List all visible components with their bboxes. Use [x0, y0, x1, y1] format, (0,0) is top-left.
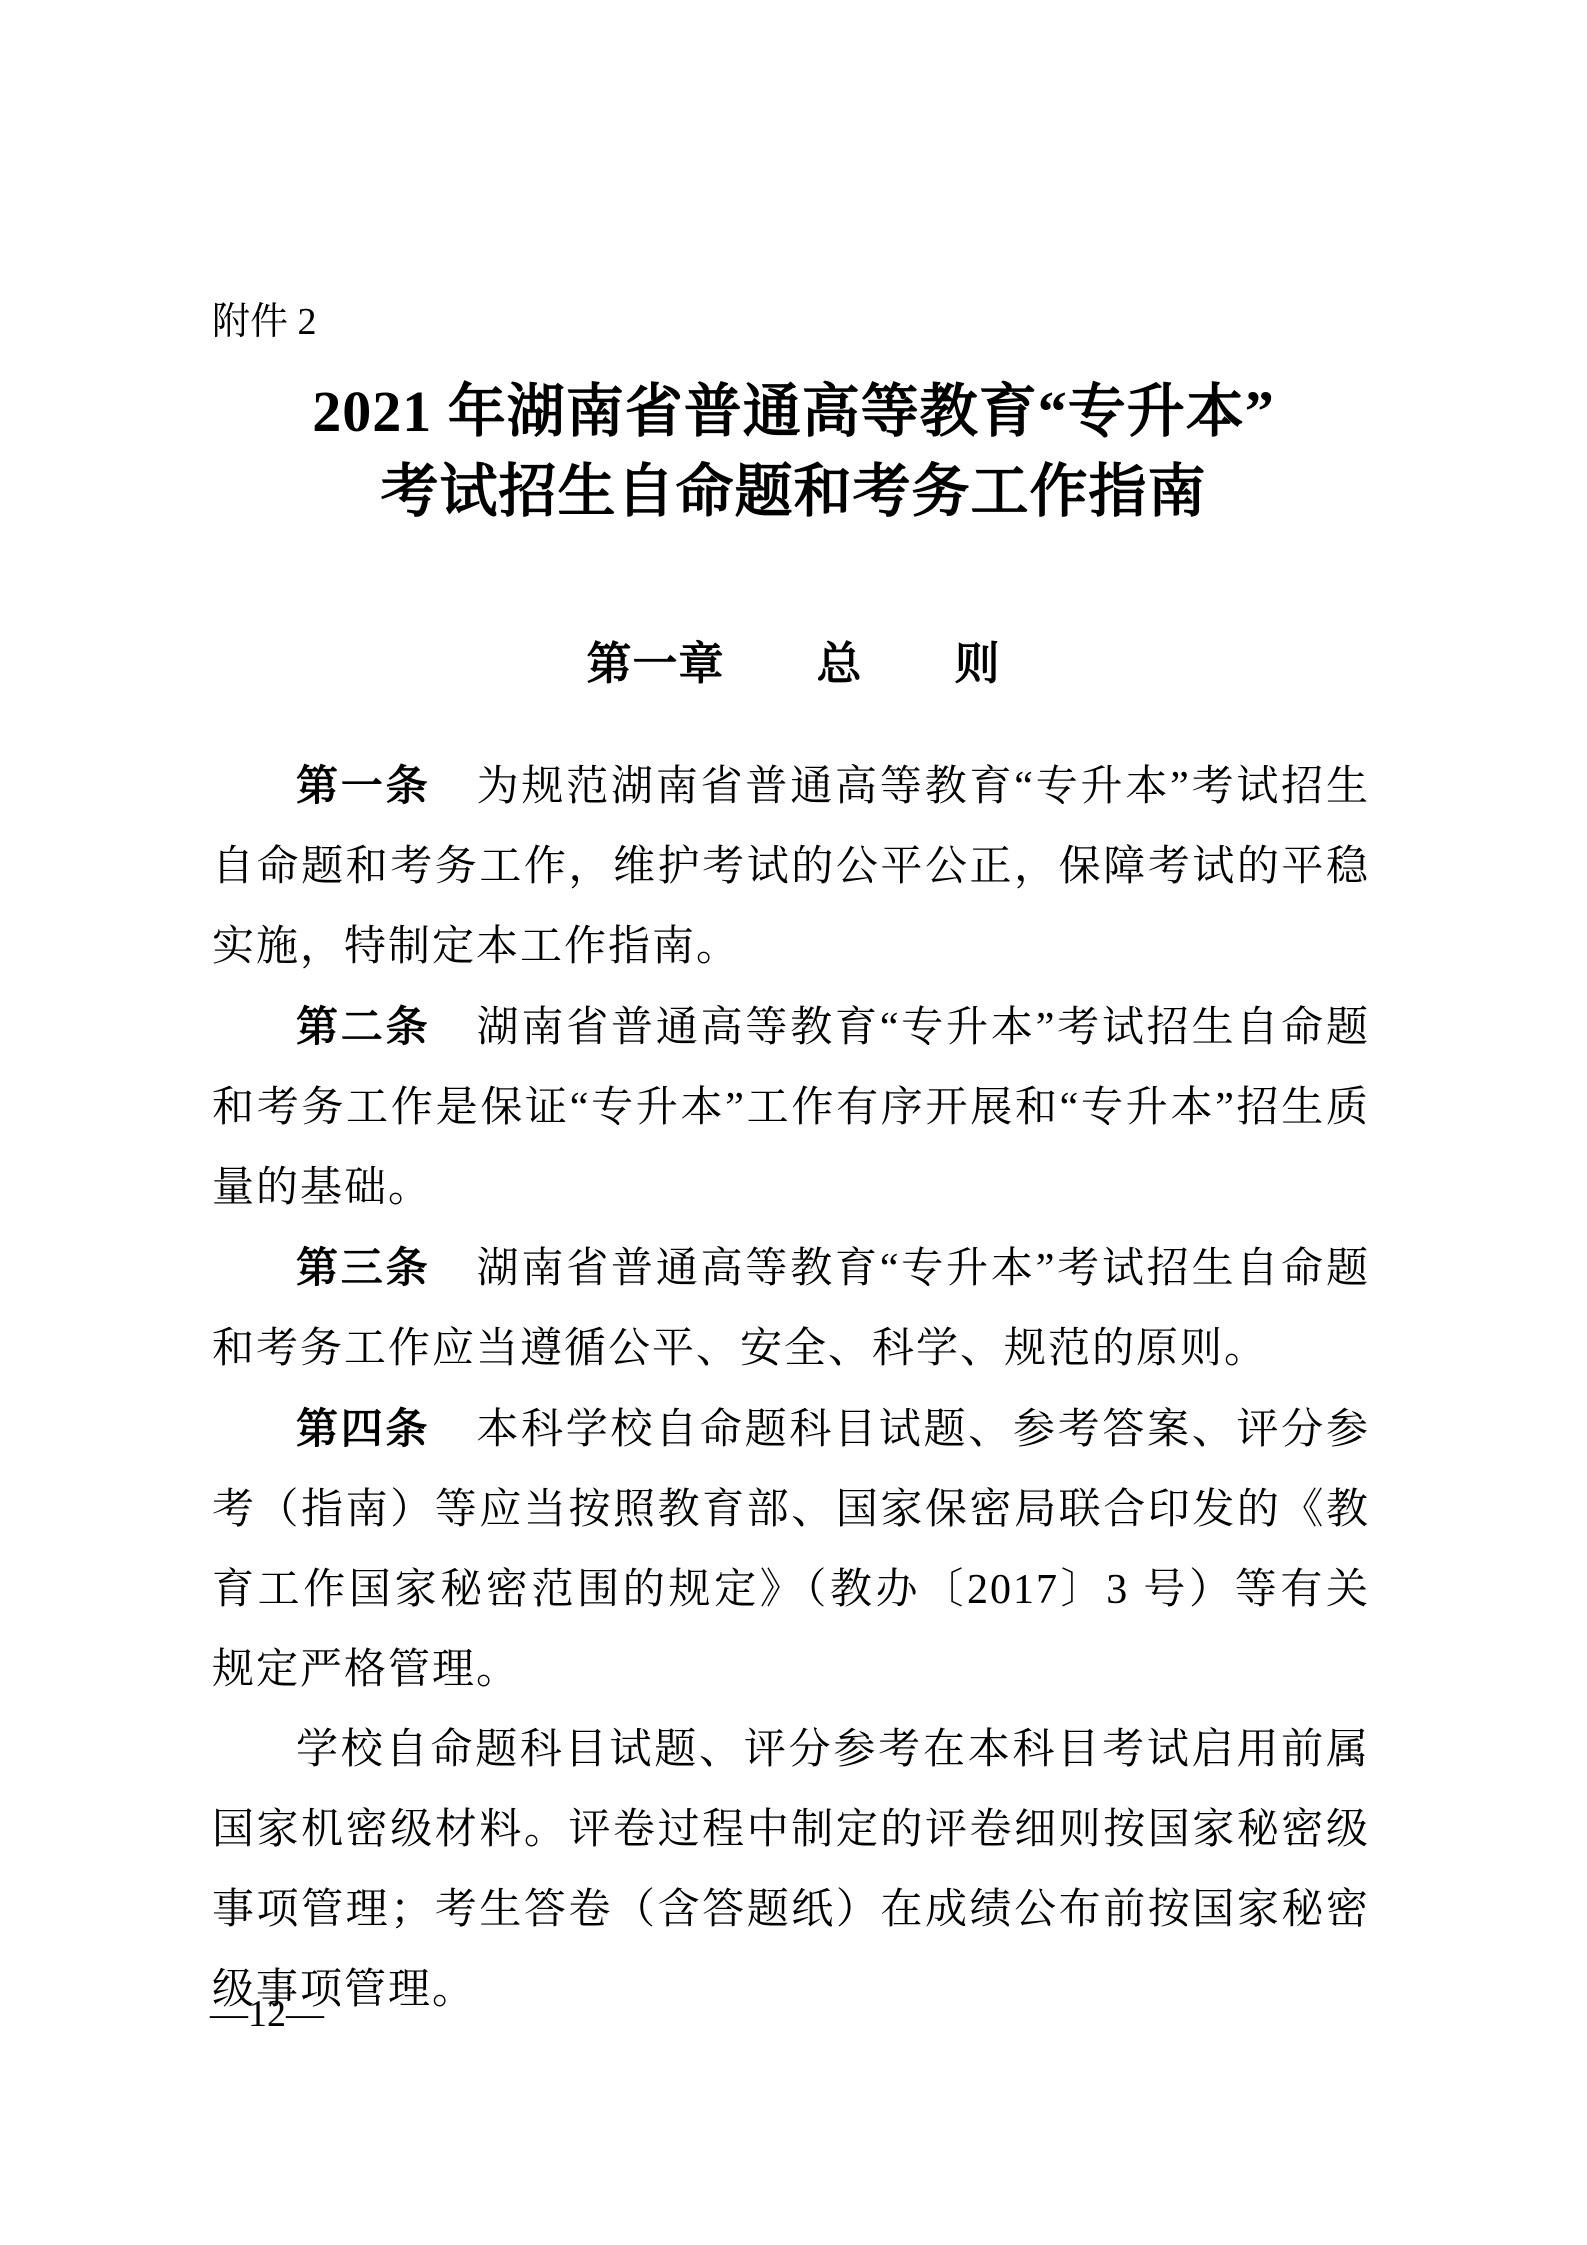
chapter-heading: 第一章 总 则 [0, 628, 1587, 700]
article-3-label: 第三条 [296, 1244, 430, 1291]
article-4-continuation-text: 学校自命题科目试题、评分参考在本科目考试启用前属国家机密级材料。评卷过程中制定的… [212, 1727, 1370, 2013]
article-4-label: 第四条 [296, 1405, 430, 1452]
document-page: 附件 2 2021 年湖南省普通高等教育“专升本” 考试招生自命题和考务工作指南… [0, 0, 1587, 2245]
document-title: 2021 年湖南省普通高等教育“专升本” 考试招生自命题和考务工作指南 [0, 372, 1587, 532]
document-title-line-2: 考试招生自命题和考务工作指南 [0, 452, 1587, 532]
page-number: —12— [210, 1990, 324, 2038]
document-title-line-1: 2021 年湖南省普通高等教育“专升本” [0, 372, 1587, 452]
paragraph-article-3: 第三条湖南省普通高等教育“专升本”考试招生自命题和考务工作应当遵循公平、安全、科… [212, 1228, 1370, 1389]
attachment-label: 附件 2 [212, 298, 317, 346]
paragraph-article-4: 第四条本科学校自命题科目试题、参考答案、评分参考（指南）等应当按照教育部、国家保… [212, 1389, 1370, 1710]
article-2-label: 第二条 [296, 1003, 430, 1050]
paragraph-article-4-continuation: 学校自命题科目试题、评分参考在本科目考试启用前属国家机密级材料。评卷过程中制定的… [212, 1710, 1370, 2030]
article-1-label: 第一条 [296, 762, 430, 809]
paragraph-article-1: 第一条为规范湖南省普通高等教育“专升本”考试招生自命题和考务工作，维护考试的公平… [212, 746, 1370, 987]
paragraph-article-2: 第二条湖南省普通高等教育“专升本”考试招生自命题和考务工作是保证“专升本”工作有… [212, 987, 1370, 1228]
document-body: 第一条为规范湖南省普通高等教育“专升本”考试招生自命题和考务工作，维护考试的公平… [212, 746, 1370, 2030]
